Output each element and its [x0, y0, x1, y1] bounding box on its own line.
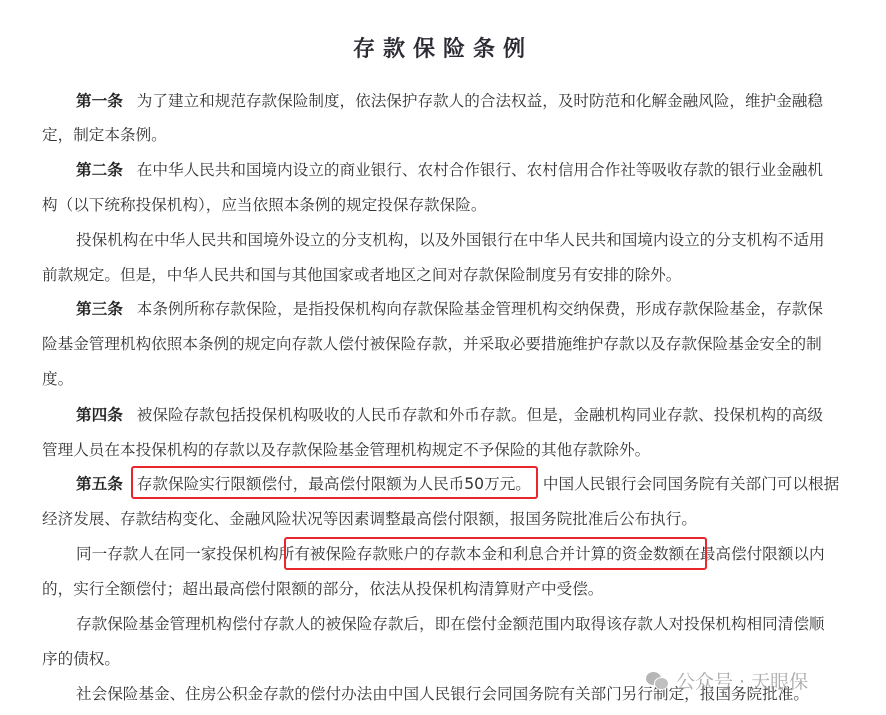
article-2-para-2-line-1: 投保机构在中华人民共和国境外设立的分支机构，以及外国银行在中华人民共和国境内设立…	[76, 229, 825, 251]
article-4-line-2: 管理人员在本投保机构的存款以及存款保险基金管理机构规定不予保险的其他存款除外。	[42, 439, 650, 461]
article-text: 中国人民银行会同国务院有关部门可以根据	[543, 475, 839, 493]
article-label: 第五条	[76, 475, 123, 493]
article-5-para-3-line-1: 存款保险基金管理机构偿付存款人的被保险存款后，即在偿付金额范围内取得该存款人对投…	[76, 613, 825, 635]
article-label: 第三条	[76, 300, 123, 318]
highlight-box-combined-calculation	[284, 537, 707, 570]
article-5-line-2: 经济发展、存款结构变化、金融风险状况等因素调整最高偿付限额，报国务院批准后公布执…	[42, 508, 697, 530]
article-2-para-2-line-2: 前款规定。但是，中华人民共和国与其他国家或者地区之间对存款保险制度另有安排的除外…	[42, 264, 681, 286]
article-text: 为了建立和规范存款保险制度，依法保护存款人的合法权益，及时防范和化解金融风险，维…	[137, 92, 823, 110]
article-1-line-2: 定，制定本条例。	[42, 124, 167, 146]
article-4-line-1: 第四条被保险存款包括投保机构吸收的人民币存款和外币存款。但是，金融机构同业存款、…	[76, 404, 823, 426]
watermark-text: 公众号 · 天眼保	[676, 667, 808, 694]
article-label: 第四条	[76, 406, 123, 424]
article-text: 本条例所称存款保险，是指投保机构向存款保险基金管理机构交纳保费，形成存款保险基金…	[137, 300, 823, 318]
article-text: 在中华人民共和国境内设立的商业银行、农村合作银行、农村信用合作社等吸收存款的银行…	[137, 161, 823, 179]
article-label: 第二条	[76, 161, 123, 179]
article-3-line-1: 第三条本条例所称存款保险，是指投保机构向存款保险基金管理机构交纳保费，形成存款保…	[76, 298, 823, 320]
article-text: 被保险存款包括投保机构吸收的人民币存款和外币存款。但是，金融机构同业存款、投保机…	[137, 406, 823, 424]
watermark: 公众号 · 天眼保	[646, 667, 808, 694]
wechat-icon	[646, 672, 668, 690]
article-5-para-2-line-2: 的，实行全额偿付；超出最高偿付限额的部分，依法从投保机构清算财产中受偿。	[42, 578, 603, 600]
article-3-line-3: 度。	[42, 368, 73, 390]
document-title: 存款保险条例	[0, 34, 886, 64]
article-1-line-1: 第一条为了建立和规范存款保险制度，依法保护存款人的合法权益，及时防范和化解金融风…	[76, 90, 823, 112]
article-label: 第一条	[76, 92, 123, 110]
article-5-para-3-line-2: 序的债权。	[42, 648, 120, 670]
article-text: 同一存款人在同一家投保机构	[76, 545, 279, 563]
highlight-box-max-payout	[131, 466, 538, 499]
article-2-line-1: 第二条在中华人民共和国境内设立的商业银行、农村合作银行、农村信用合作社等吸收存款…	[76, 159, 823, 181]
article-2-line-2: 构（以下统称投保机构），应当依照本条例的规定投保存款保险。	[42, 194, 486, 216]
document-page: 存款保险条例 第一条为了建立和规范存款保险制度，依法保护存款人的合法权益，及时防…	[0, 0, 886, 715]
article-3-line-2: 险基金管理机构依照本条例的规定向存款人偿付被保险存款，并采取必要措施维护存款以及…	[42, 333, 822, 355]
